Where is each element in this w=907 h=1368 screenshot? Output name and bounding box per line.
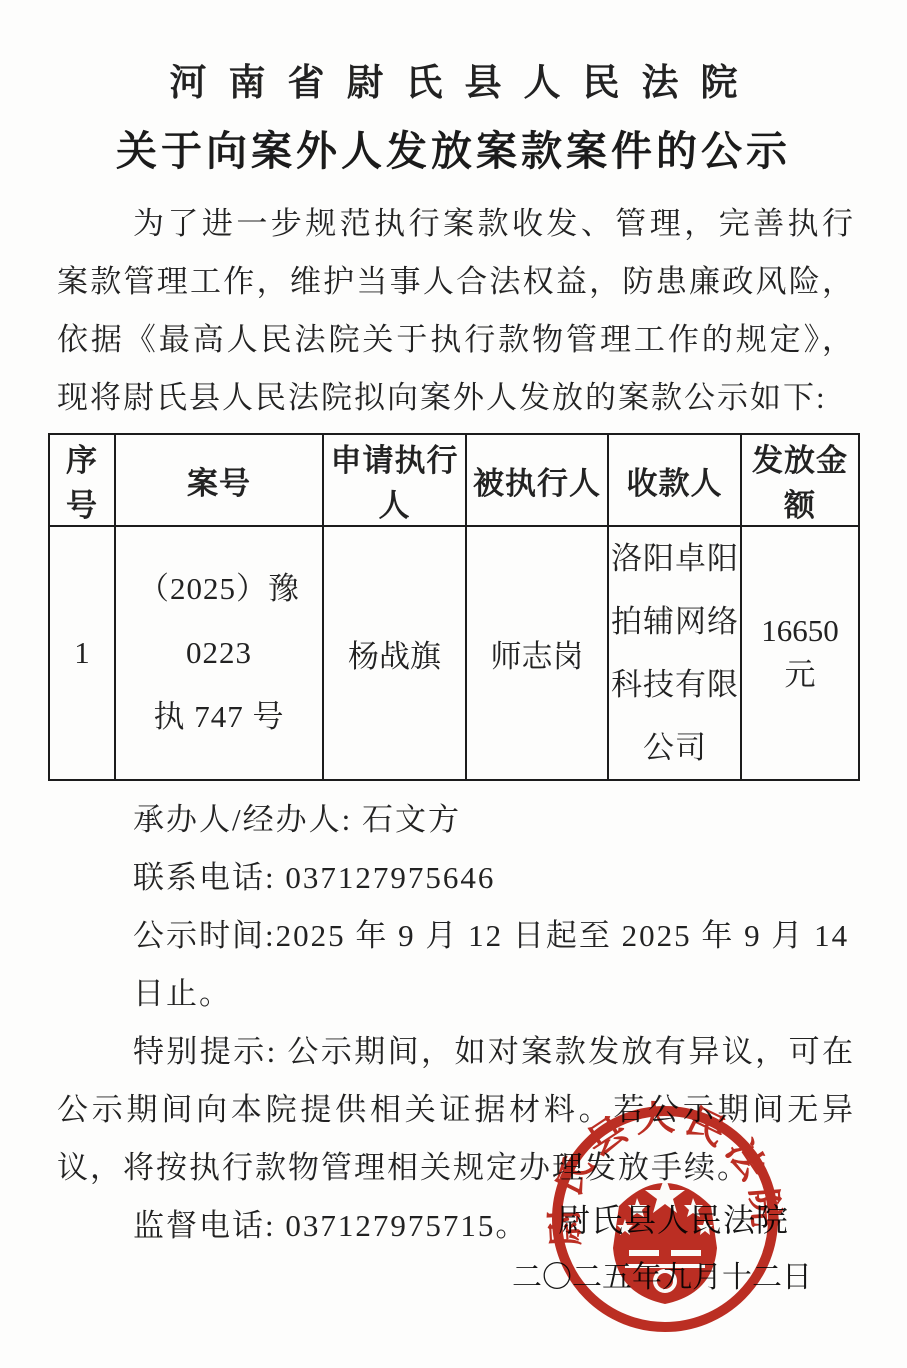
col-header-payee: 收款人 <box>608 434 741 526</box>
supervision-phone-value: 037127975715。 <box>285 1208 528 1243</box>
document-page: 河南省尉氏县人民法院 关于向案外人发放案款案件的公示 为了进一步规范执行案款收发… <box>0 0 907 1368</box>
col-header-case-no: 案号 <box>115 434 323 526</box>
case-no-line-2: 执 747 号 <box>118 685 320 749</box>
national-emblem-icon <box>613 1176 717 1304</box>
table-row: 1 （2025）豫 0223 执 747 号 杨战旗 师志岗 洛阳卓阳拍辅网络科… <box>49 526 859 780</box>
handler-value: 石文方 <box>362 802 461 837</box>
cell-amount: 16650 元 <box>741 526 859 780</box>
table-header-row: 序号 案号 申请执行人 被执行人 收款人 发放金额 <box>49 434 859 526</box>
col-header-amount: 发放金额 <box>741 434 859 526</box>
notice-title: 关于向案外人发放案款案件的公示 <box>0 118 907 177</box>
handler-line: 承办人/经办人: 石文方 <box>57 791 855 849</box>
seal-graphic: 尉氏县人民法院 <box>545 1098 785 1338</box>
court-name-title: 河南省尉氏县人民法院 <box>0 52 907 106</box>
intro-paragraph: 为了进一步规范执行案款收发、管理，完善执行案款管理工作，维护当事人合法权益，防患… <box>57 195 855 427</box>
cell-case-no: （2025）豫 0223 执 747 号 <box>115 526 323 780</box>
publicity-period-line: 公示时间:2025 年 9 月 12 日起至 2025 年 9 月 14 日止。 <box>57 907 855 1023</box>
contact-phone-value: 037127975646 <box>285 860 495 895</box>
cell-seq: 1 <box>49 526 115 780</box>
cell-respondent: 师志岗 <box>466 526 608 780</box>
col-header-applicant: 申请执行人 <box>323 434 466 526</box>
cell-payee: 洛阳卓阳拍辅网络科技有限公司 <box>608 526 741 780</box>
col-header-seq: 序号 <box>49 434 115 526</box>
handler-label: 承办人/经办人: <box>133 802 352 837</box>
contact-phone-label: 联系电话: <box>133 860 276 895</box>
payee-text: 洛阳卓阳拍辅网络科技有限公司 <box>611 527 739 779</box>
supervision-phone-label: 监督电话: <box>133 1208 276 1243</box>
contact-phone-line: 联系电话: 037127975646 <box>57 849 855 907</box>
col-header-respondent: 被执行人 <box>466 434 608 526</box>
publicity-period-label: 公示时间: <box>133 918 276 953</box>
cell-applicant: 杨战旗 <box>323 526 466 780</box>
case-table: 序号 案号 申请执行人 被执行人 收款人 发放金额 1 （2025）豫 0223… <box>48 433 860 781</box>
official-seal: 尉氏县人民法院 <box>545 1098 785 1338</box>
case-no-line-1: （2025）豫 0223 <box>118 557 320 685</box>
